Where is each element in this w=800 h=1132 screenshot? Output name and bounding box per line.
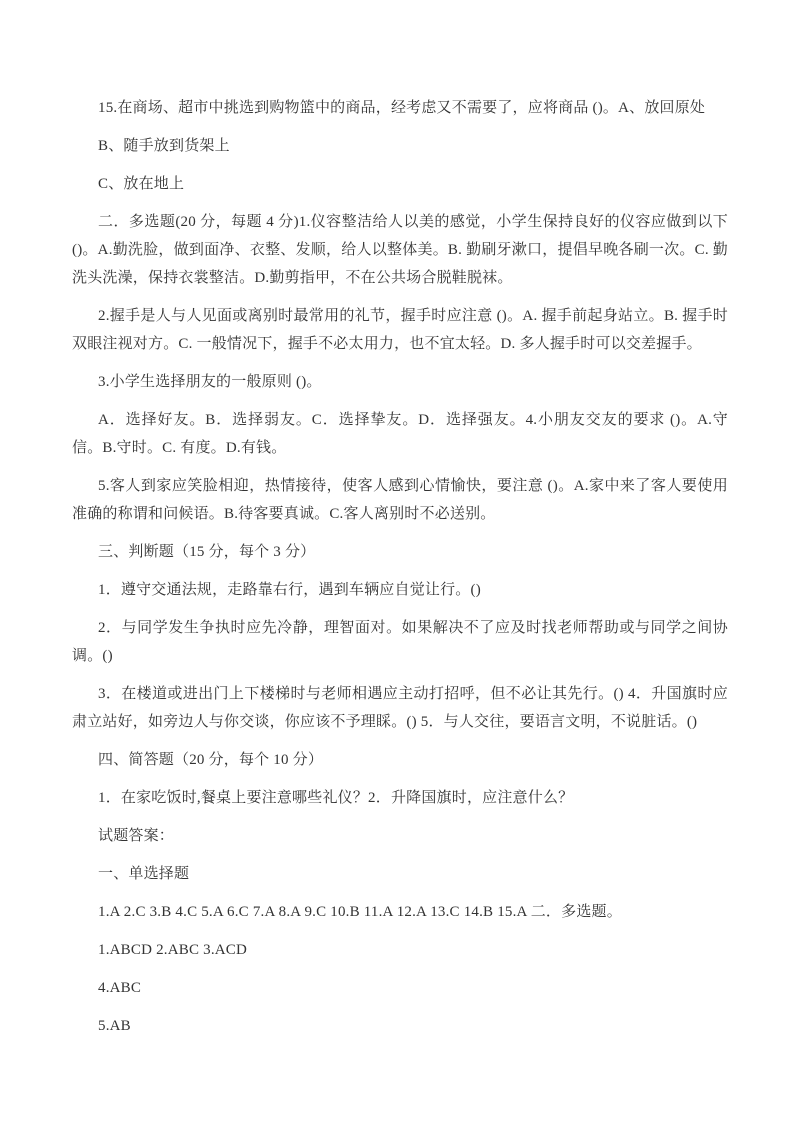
answers-multiple-choice-1-to-3: 1.ABCD 2.ABC 3.ACD <box>72 936 728 964</box>
answers-title: 试题答案： <box>72 822 728 850</box>
document-page: 15.在商场、超市中挑选到购物篮中的商品，经考虑又不需要了，应将商品 ()。A、… <box>0 0 800 1132</box>
multiple-choice-q5-guests: 5.客人到家应笑脸相迎，热情接待，使客人感到心情愉快，要注意 ()。A.家中来了… <box>72 472 728 528</box>
answers-single-choice-heading: 一、单选择题 <box>72 860 728 888</box>
answers-single-choice-list: 1.A 2.C 3.B 4.C 5.A 6.C 7.A 8.A 9.C 10.B… <box>72 898 728 926</box>
answers-multiple-choice-4: 4.ABC <box>72 974 728 1002</box>
true-false-q3-q4-q5: 3．在楼道或进出门上下楼梯时与老师相遇应主动打招呼，但不必让其先行。() 4．升… <box>72 680 728 736</box>
question-15-option-b: B、随手放到货架上 <box>72 132 728 160</box>
multiple-choice-q3-stem: 3.小学生选择朋友的一般原则 ()。 <box>72 368 728 396</box>
question-15-with-option-a: 15.在商场、超市中挑选到购物篮中的商品，经考虑又不需要了，应将商品 ()。A、… <box>72 94 728 122</box>
question-15-option-c: C、放在地上 <box>72 170 728 198</box>
multiple-choice-q2-handshake: 2.握手是人与人见面或离别时最常用的礼节，握手时应注意 ()。A. 握手前起身站… <box>72 302 728 358</box>
true-false-q1: 1．遵守交通法规，走路靠右行，遇到车辆应自觉让行。() <box>72 576 728 604</box>
answers-multiple-choice-5: 5.AB <box>72 1012 728 1040</box>
section-4-short-answer-heading: 四、简答题（20 分，每个 10 分） <box>72 746 728 774</box>
section-3-true-false-heading: 三、判断题（15 分，每个 3 分） <box>72 538 728 566</box>
short-answer-questions: 1．在家吃饭时,餐桌上要注意哪些礼仪？2．升降国旗时，应注意什么？ <box>72 784 728 812</box>
section-2-multiple-choice-heading-and-q1: 二．多选题(20 分，每题 4 分)1.仪容整洁给人以美的感觉，小学生保持良好的… <box>72 208 728 292</box>
true-false-q2: 2．与同学发生争执时应先冷静，理智面对。如果解决不了应及时找老师帮助或与同学之间… <box>72 614 728 670</box>
multiple-choice-q3-options-and-q4: A．选择好友。B．选择弱友。C．选择挚友。D．选择强友。4.小朋友交友的要求 (… <box>72 406 728 462</box>
